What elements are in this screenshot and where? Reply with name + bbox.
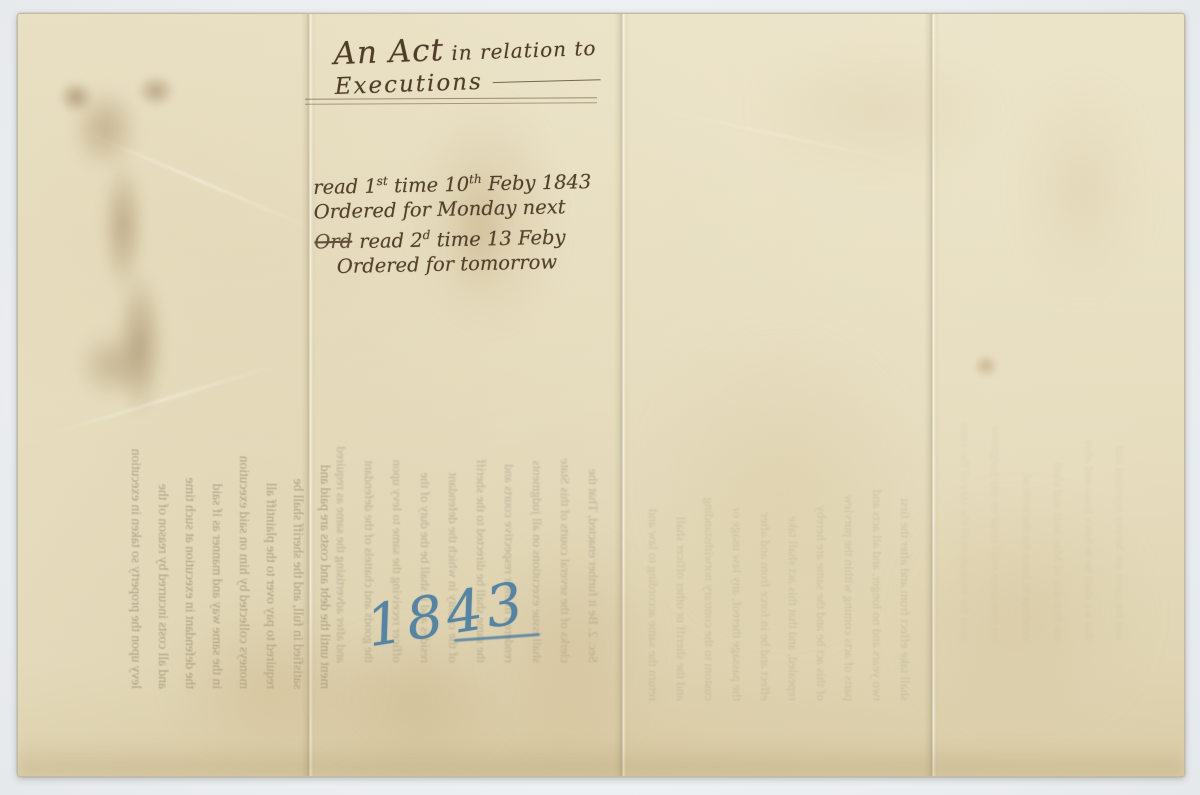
stain-smudge — [488, 534, 658, 764]
stain-blot — [76, 329, 148, 401]
double-rule-line — [305, 97, 597, 105]
fold-crease-right — [924, 14, 940, 776]
endorsement-text: time 13 Feby — [430, 225, 565, 251]
bottom-edge-discoloration — [18, 742, 1184, 776]
endorsement-text: Ordered for tomorrow — [337, 250, 558, 278]
stain-smudge — [898, 494, 1148, 734]
title-text-in-relation-to: in relation to — [444, 36, 597, 65]
year-annotation-blue-pencil: 1843 — [362, 570, 531, 660]
stain-spot — [973, 354, 999, 378]
ordinal-superscript: st — [377, 174, 388, 188]
bleedthrough-print-panel1: ment until the debt and costs are paid a… — [123, 149, 339, 689]
struck-out-word: Ord — [314, 230, 352, 254]
fold-crease-center — [614, 14, 630, 776]
title-text-executions: Executions — [334, 69, 483, 100]
endorsement-text: time 10 — [388, 173, 470, 198]
diagonal-crease — [83, 130, 314, 230]
endorsement-text: Feby 1843 — [482, 170, 592, 195]
fold-crease-left — [301, 14, 317, 776]
stain-smudge — [1018, 84, 1148, 294]
underline-flourish — [493, 77, 601, 83]
bleedthrough-print-panel3: shall take effect from and after the fir… — [637, 149, 919, 701]
handwritten-endorsements: read 1st time 10th Feby 1843 Ordered for… — [313, 164, 645, 280]
stain-blot — [70, 86, 140, 171]
stain-blot — [114, 269, 166, 419]
diagonal-crease — [631, 103, 925, 167]
endorsement-text: read 1 — [313, 175, 377, 199]
stain-blot — [58, 80, 94, 114]
diagonal-crease — [53, 365, 274, 434]
stain-blot — [100, 159, 146, 294]
stain-smudge — [648, 334, 918, 644]
stain-blot — [136, 74, 176, 108]
endorsement-text: Ordered for Monday next — [314, 195, 566, 223]
stain-smudge — [168, 604, 378, 764]
document-paper: ment until the debt and costs are paid a… — [17, 13, 1185, 777]
endorsement-text: read 2 — [359, 228, 423, 252]
ordinal-superscript: th — [469, 172, 482, 186]
handwritten-title: An Act in relation to Executions — [333, 26, 625, 100]
title-text-an-act: An Act — [333, 32, 445, 72]
bleedthrough-print-panel4: and the same are hereby repealed and thi… — [946, 161, 1136, 641]
